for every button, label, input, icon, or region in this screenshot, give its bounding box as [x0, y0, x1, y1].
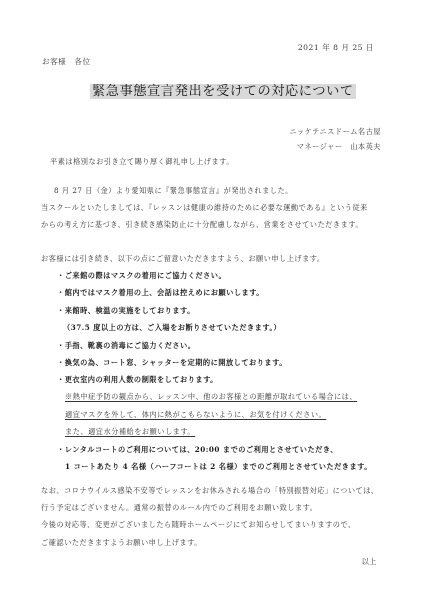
list-item-note: ※熱中症予防の観点から、レッスン中、他のお客様との距離が取れている場合には、	[65, 393, 357, 400]
list-item: （37.5 度以上の方は、ご入場をお断りさせていただきます。）	[63, 324, 281, 331]
list-item-note: 適宜マスクを外して、体内に熱がこもらないように、お気を付けください。	[65, 411, 326, 418]
note-line: なお、コロナウイルス感染不安等でレッスンをお休みされる場合の「特別振替対応」につ…	[41, 487, 379, 494]
sender-manager: マネージャー 山本英夫	[297, 143, 381, 150]
document-title: 緊急事態宣言発出を受けての対応について	[90, 84, 356, 99]
addressee: お客様 各位	[42, 58, 91, 66]
list-item: ・ご来館の際はマスクの着用にご協力ください。	[57, 272, 226, 279]
note-line: ご確認いただきますようお願い申し上げます。	[41, 539, 202, 546]
list-item-note: また、適宜水分補給をお願いします。	[65, 428, 195, 435]
list-item: ・レンタルコートのご利用については、20:00 までのご利用とさせていただき、	[57, 446, 338, 453]
sender-organization: ニッケテニスドーム名古屋	[289, 128, 381, 135]
announcement-line: 当スクールといたしましては、『レッスンは健康の維持のために必要な運動である』とい…	[41, 204, 368, 211]
list-item: 1 コートあたり 4 名様（ハーフコートは 2 名様）までのご利用とさせていただ…	[65, 463, 372, 470]
announcement-line: からの考え方に基づき、引き続き感染防止に十分配慮しながら、営業をさせていただきま…	[41, 221, 363, 228]
document-date: 2021 年 8 月 25 日	[298, 44, 374, 52]
greeting: 平素は格別なお引き立て賜り厚く御礼申し上げます。	[50, 158, 234, 165]
list-item: ・手指、靴裏の消毒にご協力ください。	[57, 342, 195, 349]
request-intro: お客様には引き続き、以下の点にご留意いただきますよう、お願い申し上げます。	[41, 255, 325, 262]
list-item: ・更衣室内の利用人数の制限をしております。	[57, 376, 218, 383]
list-item: ・館内ではマスク着用の上、会話は控えめにお願いします。	[57, 289, 264, 296]
notice-document: 2021 年 8 月 25 日 お客様 各位 緊急事態宣言発出を受けての対応につ…	[0, 0, 423, 600]
note-line: 今後の対応等、変更がございましたら随時ホームページにてお知らせしてまいりますので…	[41, 521, 356, 528]
note-line: 行う予定はございません。通常の振替のルール内でのご利用をお願い致します。	[41, 504, 317, 511]
list-item: ・来館時、検温の実施をしております。	[57, 307, 195, 314]
announcement-line: 8 月 27 日（金）より愛知県に『緊急事態宣言』が発出されました。	[54, 187, 293, 194]
list-item: ・換気の為、コート窓、シャッターを定期的に開放しております。	[57, 359, 287, 366]
closing-mark: 以上	[362, 558, 377, 565]
